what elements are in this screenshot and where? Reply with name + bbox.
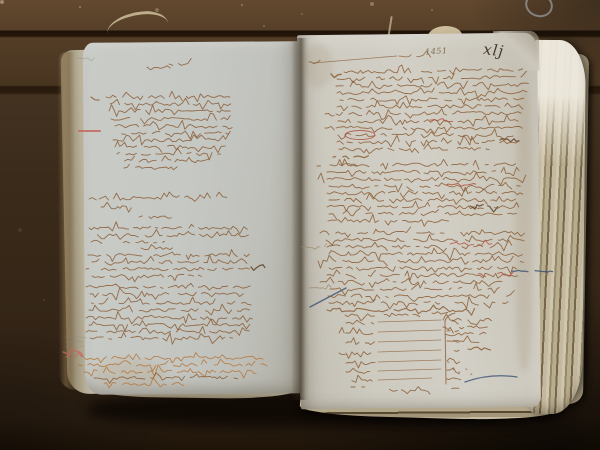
right-page: 1451 xlj [297, 33, 541, 409]
parchment-stain [303, 44, 333, 88]
wood-grain-specks [0, 0, 4, 4]
parchment-stain [515, 90, 533, 370]
photo-of-open-manuscript: 1451 xlj [0, 0, 600, 450]
header-year: 1451 [425, 46, 448, 56]
left-edge-stain [57, 52, 76, 390]
left-page [83, 41, 301, 394]
parchment-stain [95, 360, 165, 386]
folio-number: xlj [482, 40, 505, 60]
gutter-shadow [291, 38, 309, 400]
